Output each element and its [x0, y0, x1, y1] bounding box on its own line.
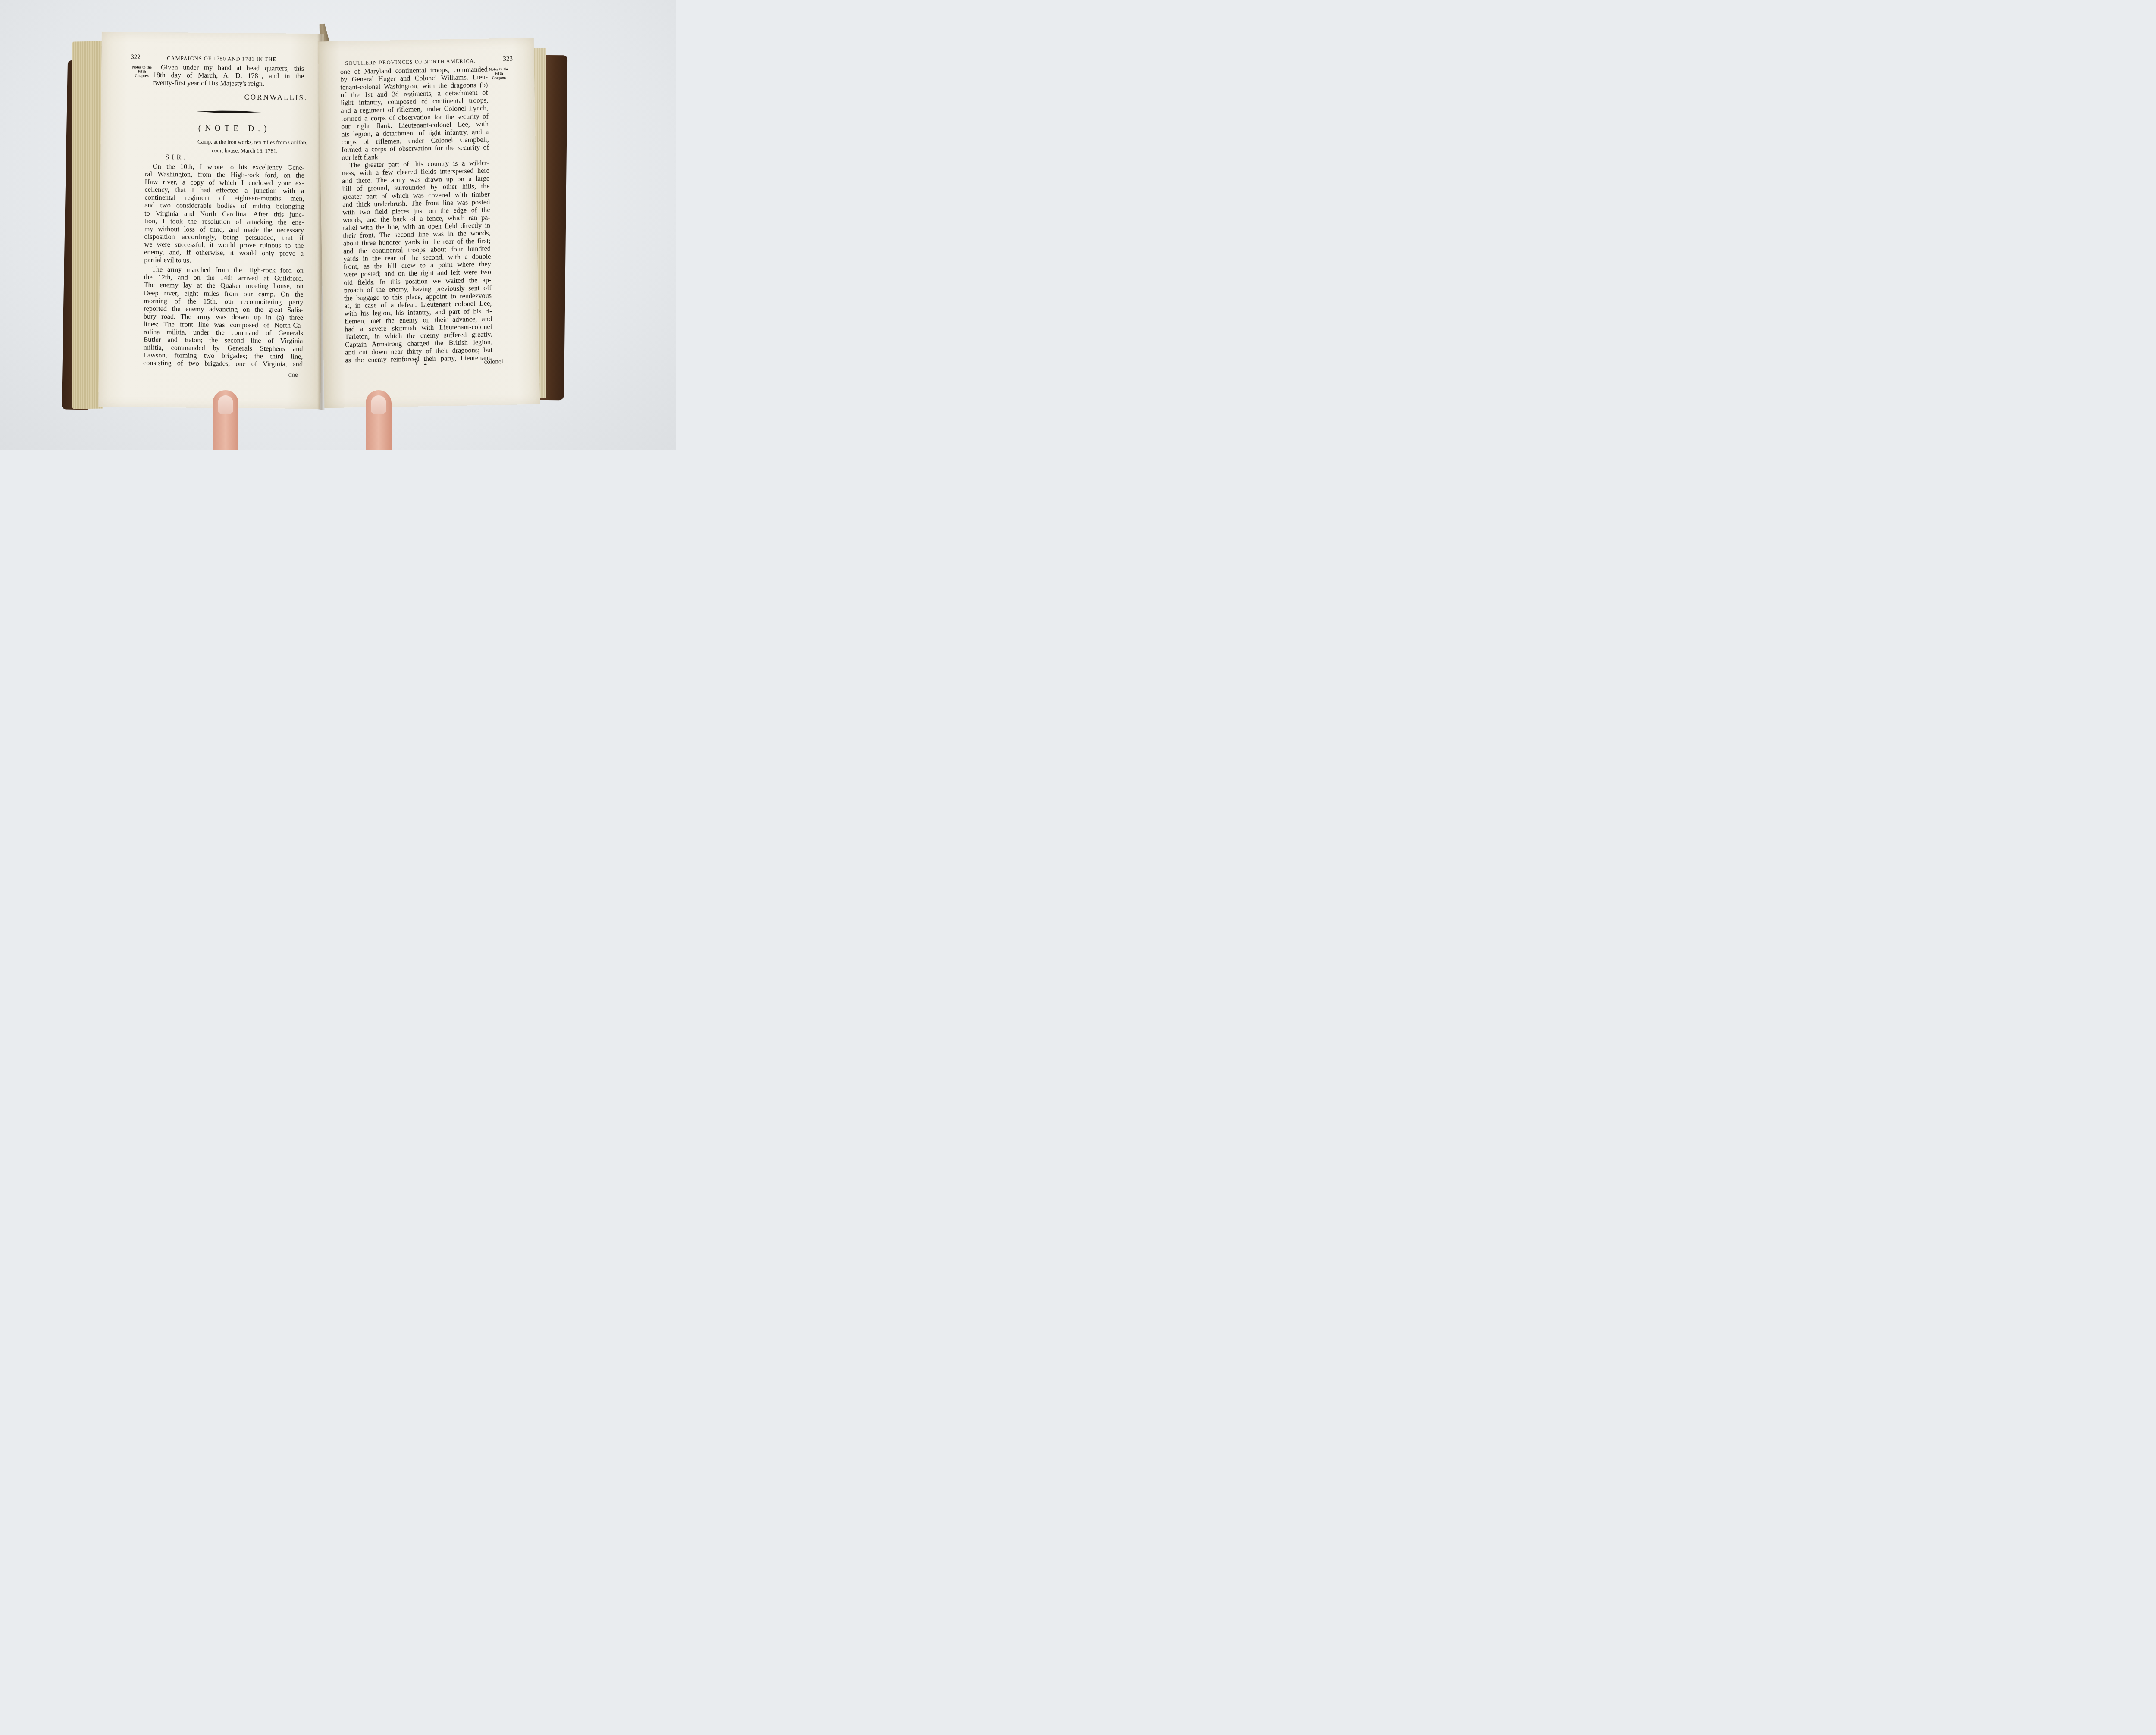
signature-mark: Y 2	[414, 360, 429, 367]
signature: CORNWALLIS.	[244, 93, 307, 102]
catchword: colonel	[484, 358, 503, 366]
sidenote-line: Notes to the	[486, 67, 512, 72]
running-head: CAMPAIGNS OF 1780 AND 1781 IN THE	[167, 55, 276, 63]
thumbnail	[371, 395, 386, 414]
closing-paragraph: Given under my hand at head quarters, th…	[153, 63, 304, 88]
sidenote-line: Chapter.	[129, 73, 155, 78]
sidenote-line: Fifth	[129, 69, 155, 74]
dateline-line: court house, March 16, 1781.	[182, 146, 307, 156]
text-line: consisting of two brigades, one of Virgi…	[143, 359, 303, 368]
salutation: SIR,	[165, 153, 188, 161]
text-line: twenty-first year of His Majesty's reign…	[153, 79, 304, 88]
sidenote-line: Chapter.	[486, 75, 512, 80]
right-page: SOUTHERN PROVINCES OF NORTH AMERICA. 323…	[318, 38, 540, 408]
sidenote: Notes to the Fifth Chapter.	[129, 65, 155, 78]
running-head: SOUTHERN PROVINCES OF NORTH AMERICA.	[345, 58, 476, 66]
page-number: 322	[131, 53, 141, 61]
text-paragraph-1: one of Maryland continental troops, comm…	[340, 66, 493, 364]
left-page: 322 CAMPAIGNS OF 1780 AND 1781 IN THE No…	[98, 32, 324, 409]
thumbnail	[218, 395, 233, 414]
dateline-line: Camp, at the iron works, ten miles from …	[182, 137, 308, 147]
note-heading: (NOTE D.)	[198, 124, 271, 134]
ornamental-rule	[197, 110, 261, 113]
page-edges-left	[72, 41, 103, 409]
catchword: one	[288, 372, 298, 379]
text-line: partial evil to us.	[144, 256, 304, 265]
sidenote: Notes to the Fifth Chapter.	[486, 67, 512, 80]
right-thumb	[366, 390, 392, 450]
left-thumb	[213, 390, 238, 450]
dateline: Camp, at the iron works, ten miles from …	[182, 137, 307, 156]
page-number: 323	[503, 56, 513, 63]
sidenote-line: Notes to the	[129, 65, 155, 69]
letter-paragraph-1: On the 10th, I wrote to his excellency G…	[143, 163, 304, 369]
